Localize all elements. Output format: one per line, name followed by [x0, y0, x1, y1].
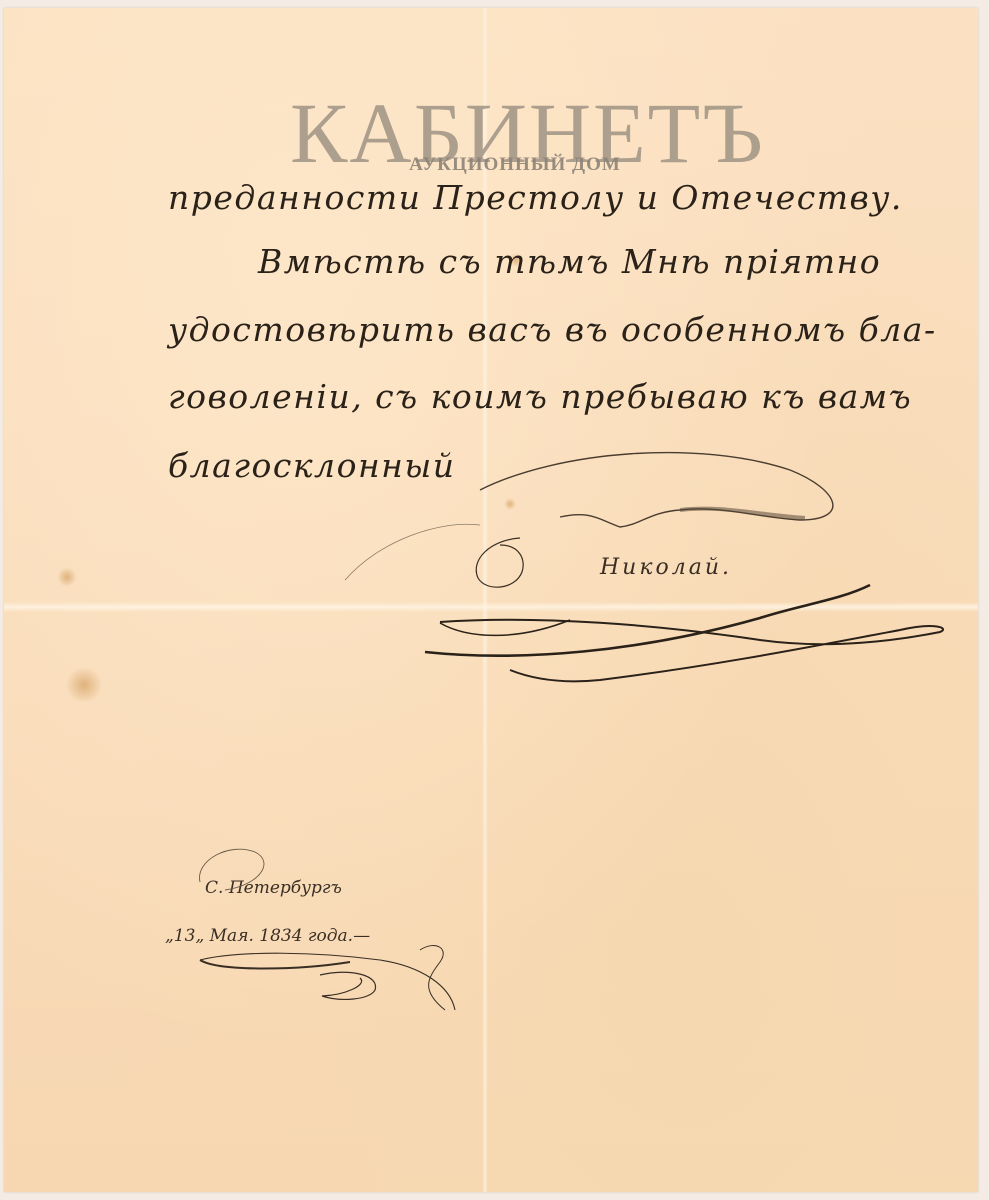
- letter-line-2: Вмѣстѣ съ тѣмъ Мнѣ пріятно: [258, 242, 881, 281]
- auction-house-watermark: КАБИНЕТЪ АУКЦИОННЫЙ ДОМ: [290, 92, 700, 174]
- letter-line-4: говоленіи, съ коимъ пребываю къ вамъ: [168, 377, 912, 416]
- horizontal-fold-line: [4, 602, 978, 612]
- date-of-signing: „13„ Мая. 1834 года.—: [165, 926, 370, 946]
- watermark-subtitle: АУКЦИОННЫЙ ДОМ: [390, 154, 640, 176]
- letter-line-3: удостовѣрить васъ въ особенномъ бла-: [168, 310, 937, 349]
- foxing-stain: [56, 568, 78, 586]
- letter-line-5: благосклонный: [168, 446, 456, 485]
- letter-line-1: преданности Престолу и Отечеству.: [168, 178, 903, 217]
- imperial-signature: Николай.: [600, 555, 732, 580]
- place-of-signing: С. Петербургъ: [205, 878, 342, 898]
- foxing-stain: [504, 498, 516, 510]
- foxing-stain: [64, 668, 104, 702]
